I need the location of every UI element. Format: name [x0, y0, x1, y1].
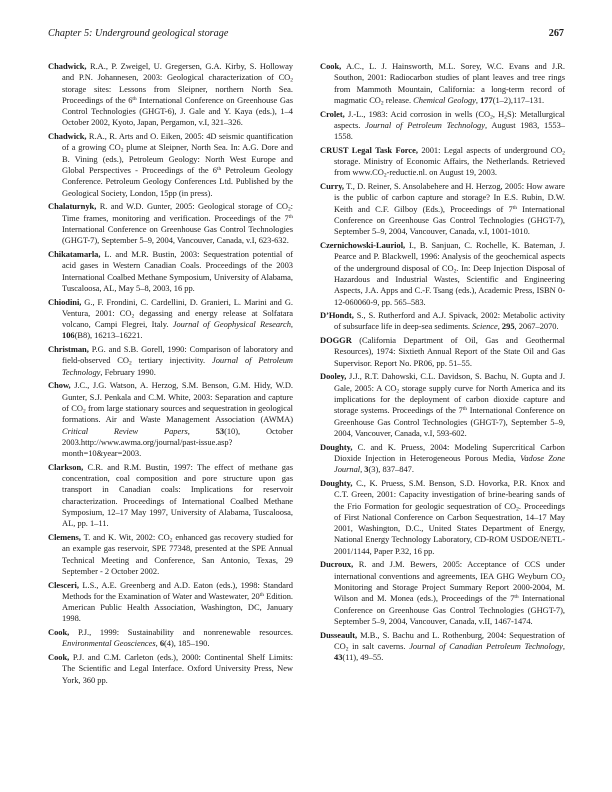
reference-entry: Dooley, J.J., R.T. Dahowski, C.L. Davids… [320, 371, 565, 439]
reference-entry: Christman, P.G. and S.B. Gorell, 1990: C… [48, 344, 293, 378]
reference-text: (California Department of Oil, Gas and G… [334, 335, 565, 368]
reference-entry: Chadwick, R.A., R. Arts and O. Eiken, 20… [48, 131, 293, 199]
reference-entry: Cook, P.J. and C.M. Carleton (eds.), 200… [48, 652, 293, 686]
reference-text: Journal of Petroleum Technology [365, 120, 485, 130]
reference-text: (1–2),117–131. [493, 95, 544, 105]
reference-text: , [188, 426, 216, 436]
reference-text: 2001: Legal aspects of underground CO [418, 145, 562, 155]
reference-entry: Dusseault, M.B., S. Bachu and L. Rothenb… [320, 630, 565, 664]
reference-text: tertiary injectivity. [132, 355, 212, 365]
reference-text: P.J. and C.M. Carleton (eds.), 2000: Con… [62, 652, 293, 685]
reference-text: Journal of Geophysical Research [173, 319, 291, 329]
reference-entry: Clemens, T. and K. Wit, 2002: CO2 enhanc… [48, 532, 293, 577]
reference-text: , [563, 641, 565, 651]
reference-text: (4), 185–190. [164, 638, 209, 648]
reference-author: Clemens, [48, 532, 81, 542]
reference-entry: Czernichowski-Lauriol, I., B. Sanjuan, C… [320, 240, 565, 308]
reference-author: Chadwick, [48, 131, 87, 141]
page-number: 267 [549, 28, 564, 39]
reference-author: Chow, [48, 380, 71, 390]
reference-text: Environmental Geosciences [62, 638, 156, 648]
reference-author: Cook, [320, 61, 341, 71]
reference-entry: Curry, T., D. Reiner, S. Ansolabehere an… [320, 181, 565, 237]
reference-author: DOGGR [320, 335, 352, 345]
reference-text: Science [472, 321, 498, 331]
reference-list: Chadwick, R.A., P. Zweigel, U. Gregersen… [48, 61, 565, 688]
reference-text: from large stationary sources and seques… [62, 403, 293, 424]
reference-author: Ducroux, [320, 559, 353, 569]
reference-text: , 2067–2070. [515, 321, 559, 331]
reference-text: (B8), 16213–16221. [75, 330, 143, 340]
reference-text: , [291, 319, 293, 329]
reference-text: -reductie.nl. on August 19, 2003. [387, 167, 497, 177]
reference-entry: Clesceri, L.S., A.E. Greenberg and A.D. … [48, 580, 293, 625]
reference-author: Chikatamarla, [48, 249, 100, 259]
reference-author: Dooley, [320, 371, 346, 381]
reference-author: Crolet, [320, 109, 345, 119]
reference-text: P.J., 1999: Sustainability and nonrenewa… [69, 627, 293, 637]
reference-text: C.R. and R.M. Bustin, 1997: The effect o… [62, 462, 293, 528]
running-header: Chapter 5: Underground geological storag… [48, 28, 564, 42]
reference-text: Chemical Geology [413, 95, 476, 105]
reference-author: Chalaturnyk, [48, 201, 96, 211]
reference-entry: DOGGR (California Department of Oil, Gas… [320, 335, 565, 369]
reference-column-left: Chadwick, R.A., P. Zweigel, U. Gregersen… [48, 61, 293, 688]
reference-author: Clarkson, [48, 462, 83, 472]
reference-text: R. and J.M. Bewers, 2005: Acceptance of … [334, 559, 565, 580]
reference-column-right: Cook, A.C., L. J. Hainsworth, M.L. Sorey… [320, 61, 565, 688]
reference-text: 53 [216, 426, 224, 436]
reference-text: Journal of Canadian Petroleum Technology [409, 641, 563, 651]
reference-entry: CRUST Legal Task Force, 2001: Legal aspe… [320, 145, 565, 179]
reference-text: 295 [502, 321, 515, 331]
reference-author: Czernichowski-Lauriol, [320, 240, 405, 250]
reference-text: L.S., A.E. Greenberg and A.D. Eaton (eds… [62, 580, 293, 601]
reference-entry: Chow, J.C., J.G. Watson, A. Herzog, S.M.… [48, 380, 293, 459]
reference-author: Cook, [48, 652, 69, 662]
reference-author: Chadwick, [48, 61, 87, 71]
reference-entry: Ducroux, R. and J.M. Bewers, 2005: Accep… [320, 559, 565, 627]
reference-text: , February 1990. [100, 367, 155, 377]
reference-text: in salt caverns. [348, 641, 409, 651]
reference-author: Christman, [48, 344, 89, 354]
reference-author: Cook, [48, 627, 69, 637]
reference-text: J.-L., 1983: Acid corrosion in wells (CO [345, 109, 490, 119]
reference-entry: Cook, P.J., 1999: Sustainability and non… [48, 627, 293, 650]
reference-author: Chiodini, [48, 297, 81, 307]
reference-text: release. [384, 95, 414, 105]
reference-text: T. and K. Wit, 2002: CO [81, 532, 170, 542]
chapter-title: Chapter 5: Underground geological storag… [48, 28, 228, 39]
reference-author: Dusseault, [320, 630, 357, 640]
reference-text: , H [493, 109, 504, 119]
reference-entry: D’Hondt, S., S. Rutherford and A.J. Spiv… [320, 310, 565, 333]
reference-text: Critical Review Papers [62, 426, 188, 436]
reference-text: 106 [62, 330, 75, 340]
reference-author: Doughty, [320, 478, 352, 488]
reference-text: (3), 837–847. [369, 464, 414, 474]
reference-entry: Chikatamarla, L. and M.R. Bustin, 2003: … [48, 249, 293, 294]
reference-text: (11), 49–55. [342, 652, 383, 662]
reference-author: Doughty, [320, 442, 352, 452]
reference-author: D’Hondt, [320, 310, 354, 320]
reference-entry: Clarkson, C.R. and R.M. Bustin, 1997: Th… [48, 462, 293, 530]
reference-text: R. and W.D. Gunter, 2005: Geological sto… [96, 201, 288, 211]
reference-text: R.A., P. Zweigel, U. Gregersen, G.A. Kir… [62, 61, 293, 82]
reference-entry: Chadwick, R.A., P. Zweigel, U. Gregersen… [48, 61, 293, 129]
reference-entry: Chiodini, G., F. Frondini, C. Cardellini… [48, 297, 293, 342]
reference-text: 177 [480, 95, 493, 105]
reference-entry: Crolet, J.-L., 1983: Acid corrosion in w… [320, 109, 565, 143]
reference-entry: Doughty, C., K. Pruess, S.M. Benson, S.D… [320, 478, 565, 557]
reference-text: International Conference on Greenhouse G… [62, 224, 293, 245]
reference-entry: Cook, A.C., L. J. Hainsworth, M.L. Sorey… [320, 61, 565, 106]
reference-author: CRUST Legal Task Force, [320, 145, 418, 155]
reference-entry: Doughty, C. and K. Pruess, 2004: Modelin… [320, 442, 565, 476]
reference-author: Clesceri, [48, 580, 79, 590]
reference-text: th [289, 214, 293, 220]
reference-entry: Chalaturnyk, R. and W.D. Gunter, 2005: G… [48, 201, 293, 246]
reference-author: Curry, [320, 181, 344, 191]
